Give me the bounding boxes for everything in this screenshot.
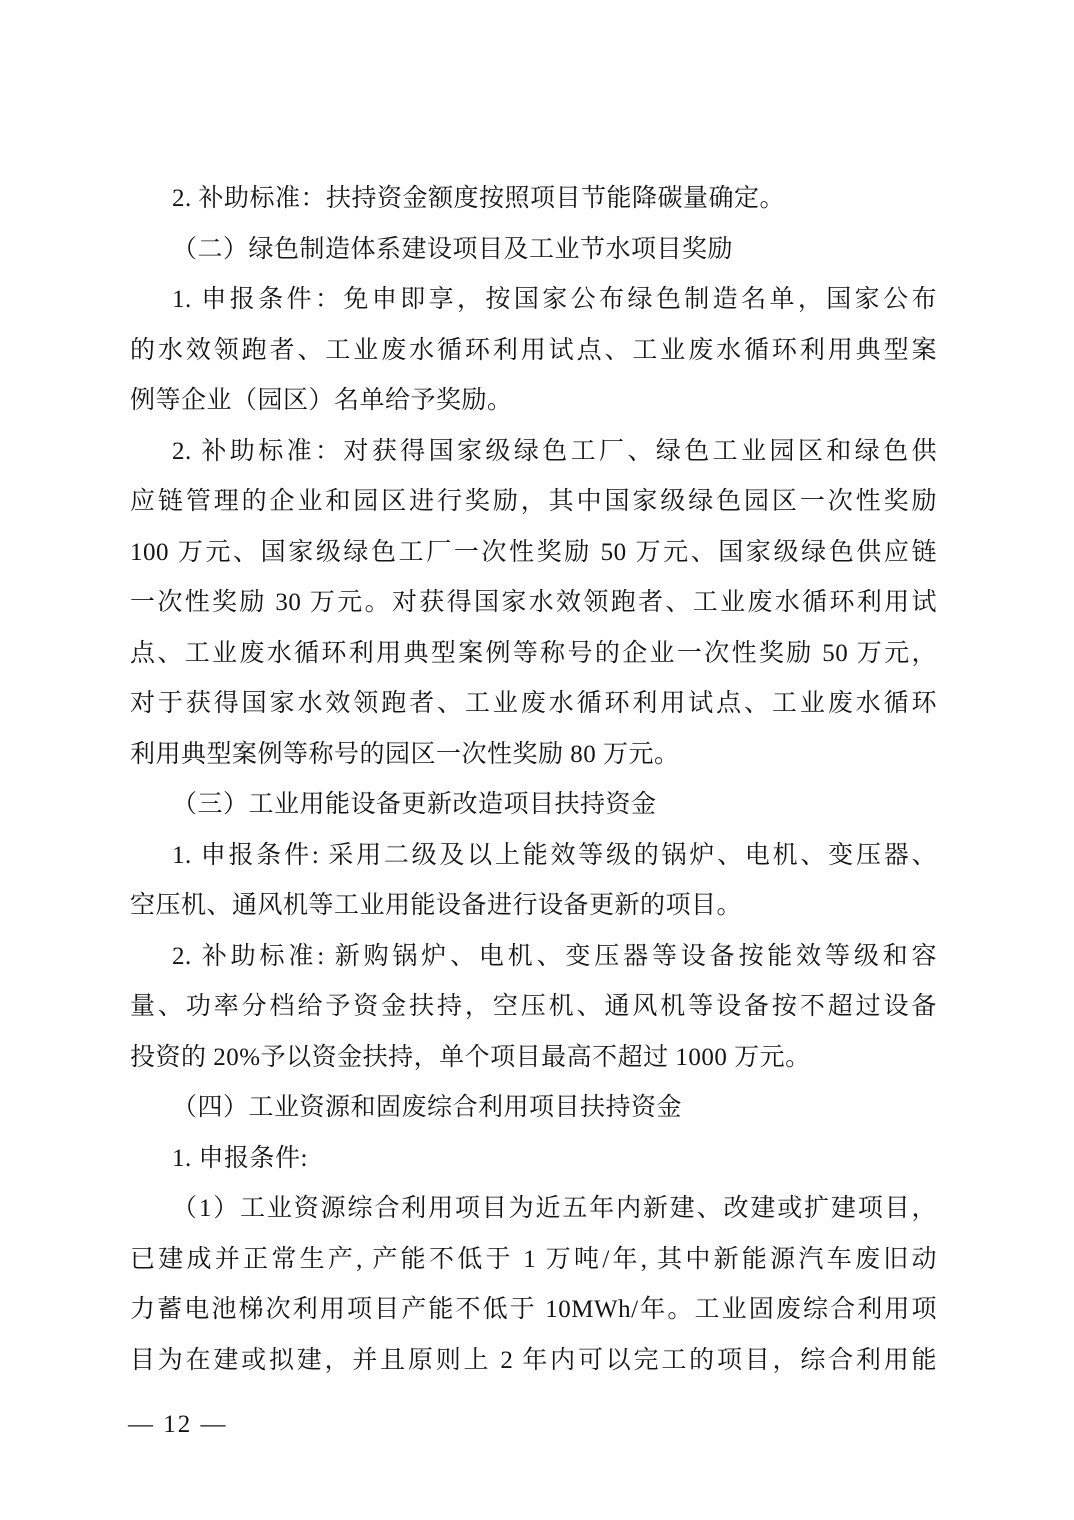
text-line: （1）工业资源综合利用项目为近五年内新建、改建或扩建项目，: [130, 1184, 937, 1235]
text-line: 100 万元、国家级绿色工厂一次性奖励 50 万元、国家级绿色供应链: [130, 528, 937, 579]
text-line: （二）绿色制造体系建设项目及工业节水项目奖励: [130, 225, 937, 276]
text-line: 量、功率分档给予资金扶持，空压机、通风机等设备按不超过设备: [130, 982, 937, 1033]
text-line: 1. 申报条件:: [130, 1134, 937, 1185]
text-line: 已建成并正常生产, 产能不低于 1 万吨/年, 其中新能源汽车废旧动: [130, 1235, 937, 1286]
text-line: 1. 申报条件：免申即享，按国家公布绿色制造名单，国家公布: [130, 275, 937, 326]
text-line: 一次性奖励 30 万元。对获得国家水效领跑者、工业废水循环利用试: [130, 578, 937, 629]
text-line: 2. 补助标准: 新购锅炉、电机、变压器等设备按能效等级和容: [130, 932, 937, 983]
text-line: 2. 补助标准：扶持资金额度按照项目节能降碳量确定。: [130, 174, 937, 225]
text-line: 点、工业废水循环利用典型案例等称号的企业一次性奖励 50 万元，: [130, 629, 937, 680]
text-line: 应链管理的企业和园区进行奖励，其中国家级绿色园区一次性奖励: [130, 477, 937, 528]
text-line: 力蓄电池梯次利用项目产能不低于 10MWh/年。工业固废综合利用项: [130, 1285, 937, 1336]
text-line: 投资的 20%予以资金扶持，单个项目最高不超过 1000 万元。: [130, 1033, 937, 1084]
document-page: 2. 补助标准：扶持资金额度按照项目节能降碳量确定。 （二）绿色制造体系建设项目…: [0, 0, 1074, 1520]
text-line: 1. 申报条件: 采用二级及以上能效等级的锅炉、电机、变压器、: [130, 831, 937, 882]
text-line: （三）工业用能设备更新改造项目扶持资金: [130, 780, 937, 831]
page-number: — 12 —: [128, 1408, 228, 1442]
text-line: （四）工业资源和固废综合利用项目扶持资金: [130, 1083, 937, 1134]
text-line: 空压机、通风机等工业用能设备进行设备更新的项目。: [130, 881, 937, 932]
text-line: 2. 补助标准：对获得国家级绿色工厂、绿色工业园区和绿色供: [130, 427, 937, 478]
text-line: 例等企业（园区）名单给予奖励。: [130, 376, 937, 427]
text-line: 利用典型案例等称号的园区一次性奖励 80 万元。: [130, 730, 937, 781]
document-body: 2. 补助标准：扶持资金额度按照项目节能降碳量确定。 （二）绿色制造体系建设项目…: [130, 174, 937, 1386]
text-line: 目为在建或拟建，并且原则上 2 年内可以完工的项目，综合利用能: [130, 1336, 937, 1387]
text-line: 对于获得国家水效领跑者、工业废水循环利用试点、工业废水循环: [130, 679, 937, 730]
text-line: 的水效领跑者、工业废水循环利用试点、工业废水循环利用典型案: [130, 326, 937, 377]
